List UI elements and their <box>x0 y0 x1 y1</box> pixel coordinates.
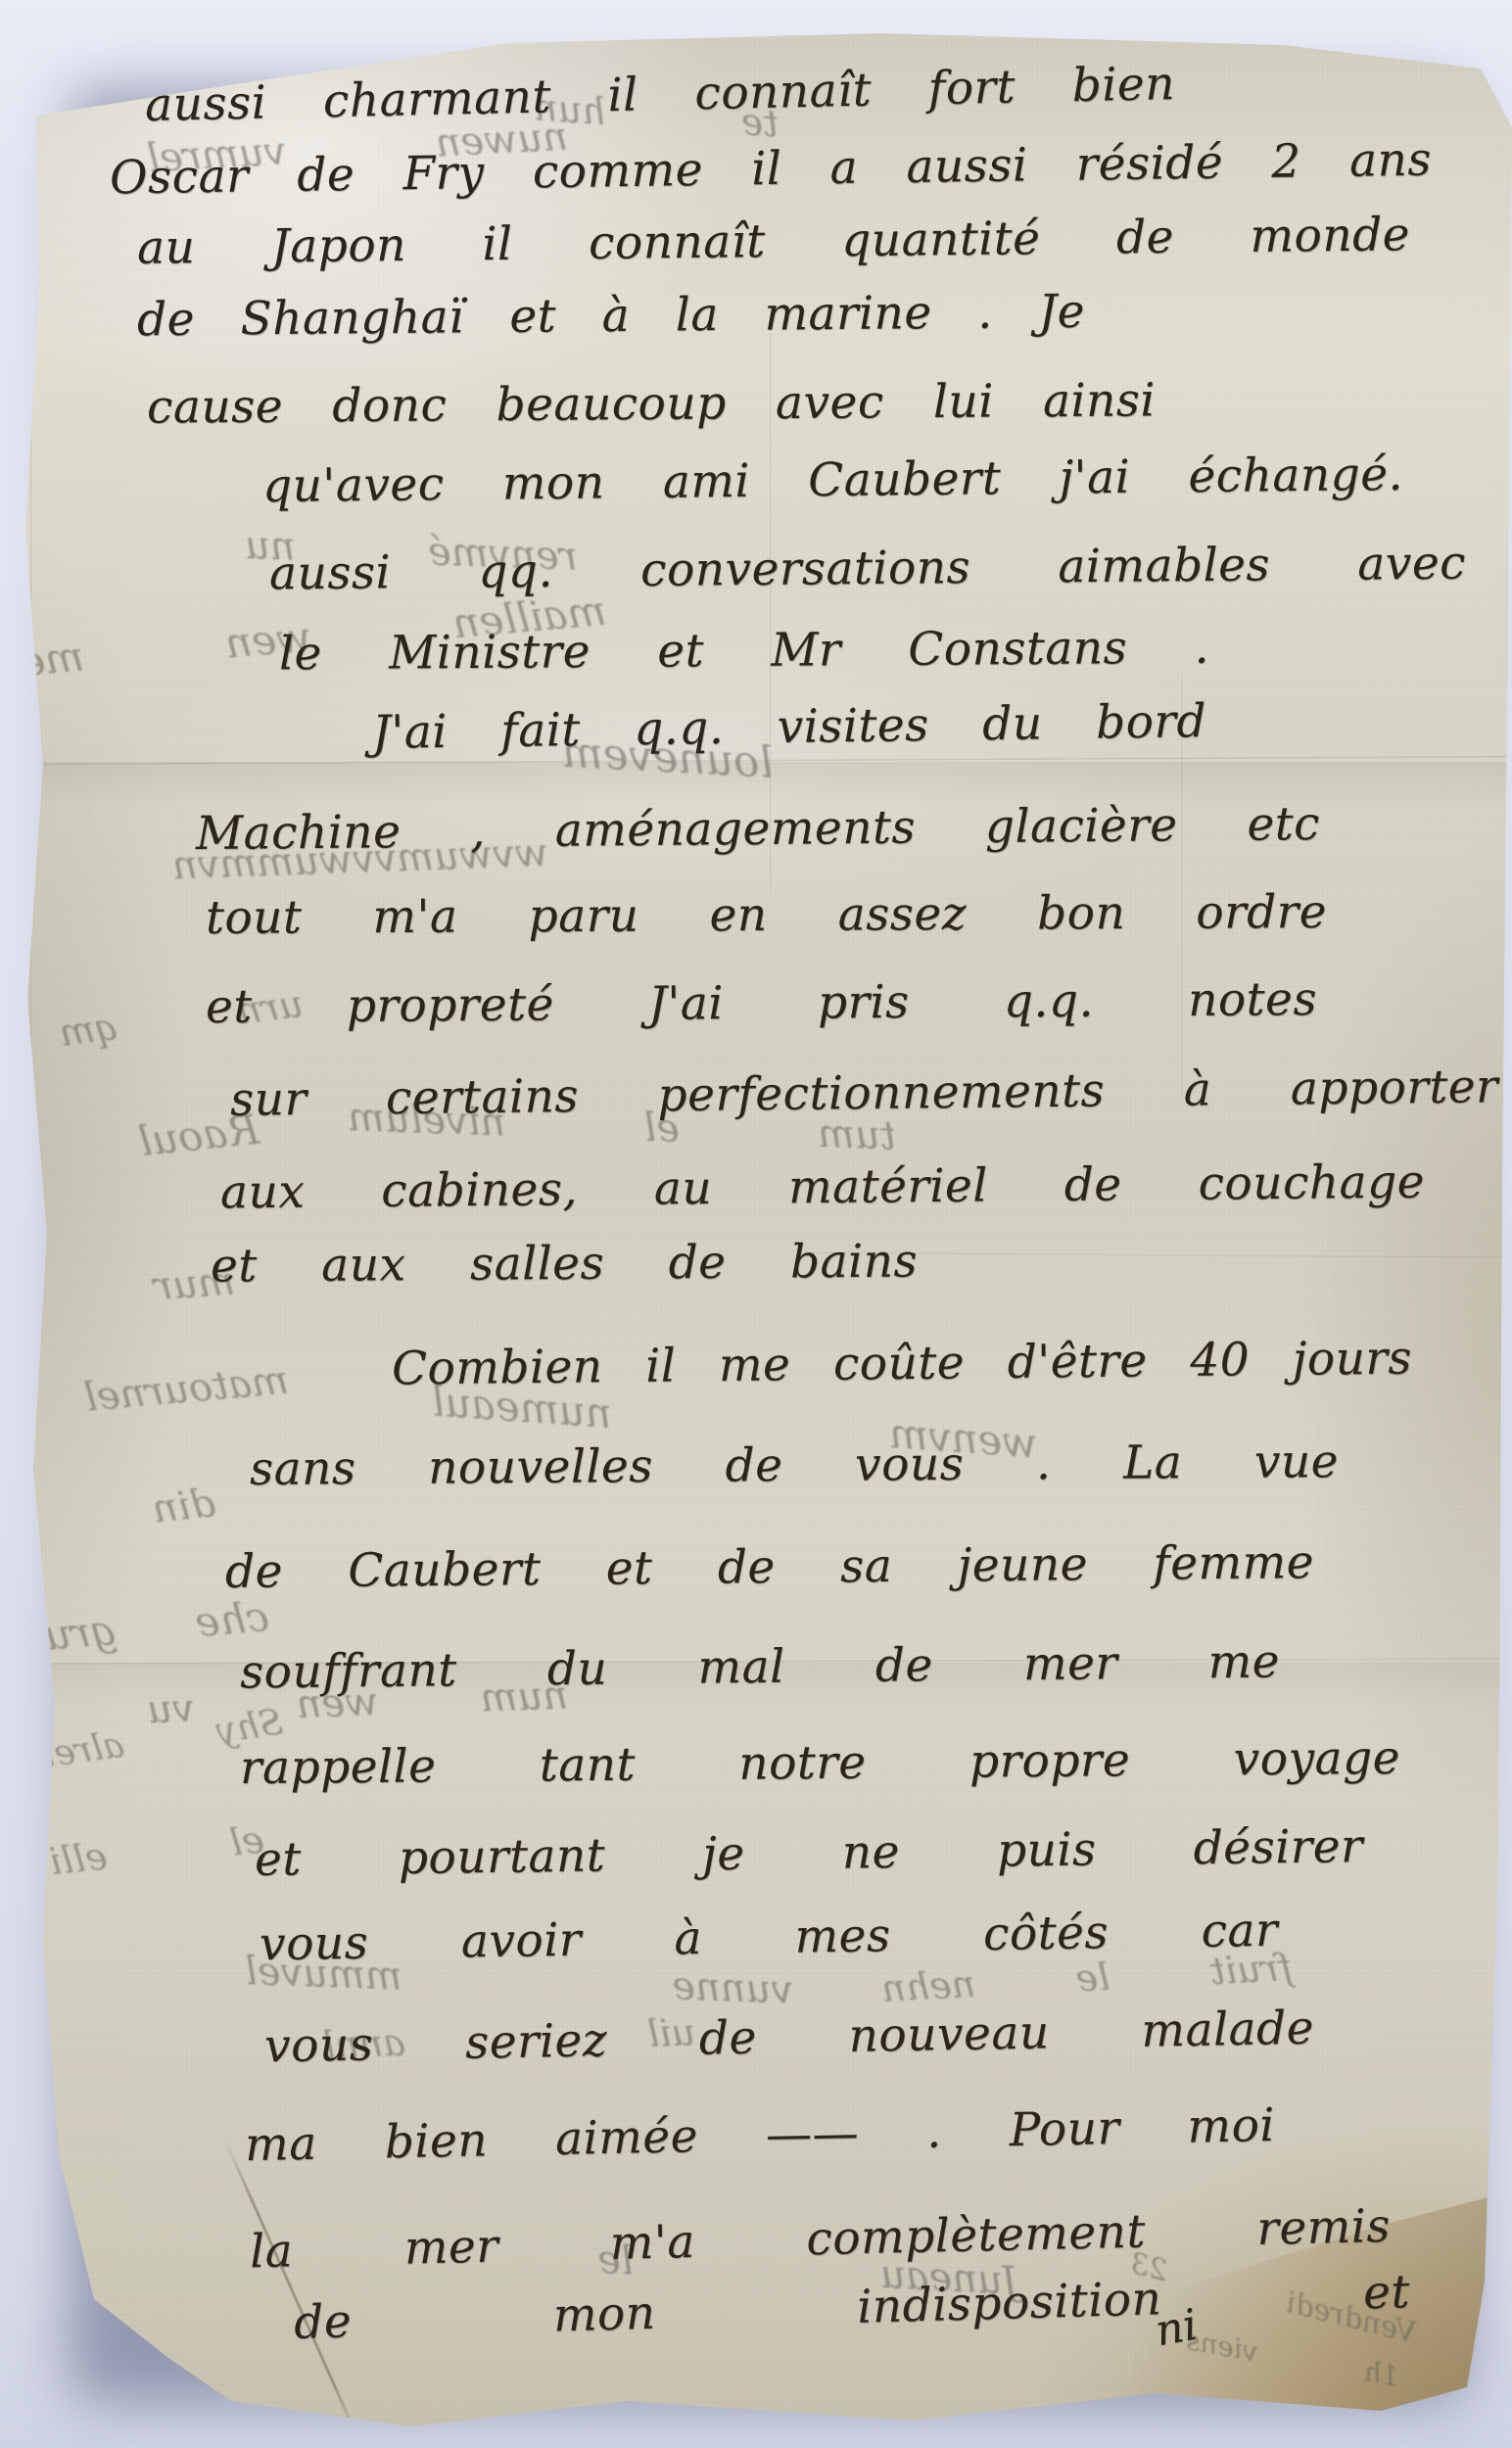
handwriting-layer: aussi charmant il connaît fort bienOscar… <box>0 0 1512 2448</box>
letter-line: qu'avec mon ami Caubert j'ai échangé. <box>262 450 1403 511</box>
letter-line: aussi qq. conversations aimables avec <box>269 540 1466 598</box>
letter-line: cause donc beaucoup avec lui ainsi <box>147 376 1156 432</box>
letter-line: ma bien aimée —— . Pour moi <box>245 2101 1276 2170</box>
letter-line: le Ministre et Mr Constans . <box>279 624 1209 679</box>
letter-line: de Caubert et de sa jeune femme <box>225 1538 1314 1596</box>
letter-paper-sheet: nuwen vumrelte hunrenvmé numaillen wen m… <box>0 0 1512 2448</box>
letter-line: aussi charmant il connaît fort bien <box>145 60 1176 129</box>
letter-line: rappelle tant notre propre voyage <box>240 1734 1400 1793</box>
letter-line: et propreté J'ai pris q.q. notes <box>206 975 1317 1031</box>
letter-line: et pourtant je ne puis désirer <box>255 1822 1364 1884</box>
letter-line: au Japon il connaît quantité de monde <box>137 211 1410 272</box>
letter-line: la mer m'a complètement remis <box>250 2202 1392 2277</box>
letter-line: sur certains perfectionnements à apporte… <box>230 1062 1498 1124</box>
letter-line: Combien il me coûte d'être 40 jours <box>392 1335 1412 1393</box>
corner-ink-mark: ni <box>1152 2300 1202 2357</box>
letter-line: Machine , aménagements glacière etc <box>196 800 1320 858</box>
photo-of-letter: nuwen vumrelte hunrenvmé numaillen wen m… <box>0 0 1512 2448</box>
letter-line: de Shanghaï et à la marine . Je <box>137 288 1085 345</box>
letter-line: sans nouvelles de vous . La vue <box>250 1437 1339 1493</box>
letter-line: souffrant du mal de mer me <box>240 1637 1280 1696</box>
letter-line: vous seriez de nouveau malade <box>264 2004 1315 2071</box>
letter-line: aux cabines, au matériel de couchage <box>220 1158 1425 1217</box>
letter-line: Oscar de Fry comme il a aussi résidé 2 a… <box>110 136 1433 203</box>
letter-line: et aux salles de bains <box>211 1237 918 1290</box>
letter-line: vous avoir à mes côtés car <box>260 1907 1279 1969</box>
letter-line: tout m'a paru en assez bon ordre <box>206 888 1327 942</box>
letter-line: J'ai fait q.q. visites du bord <box>372 697 1207 757</box>
letter-line: de mon indisposition et <box>294 2268 1411 2347</box>
